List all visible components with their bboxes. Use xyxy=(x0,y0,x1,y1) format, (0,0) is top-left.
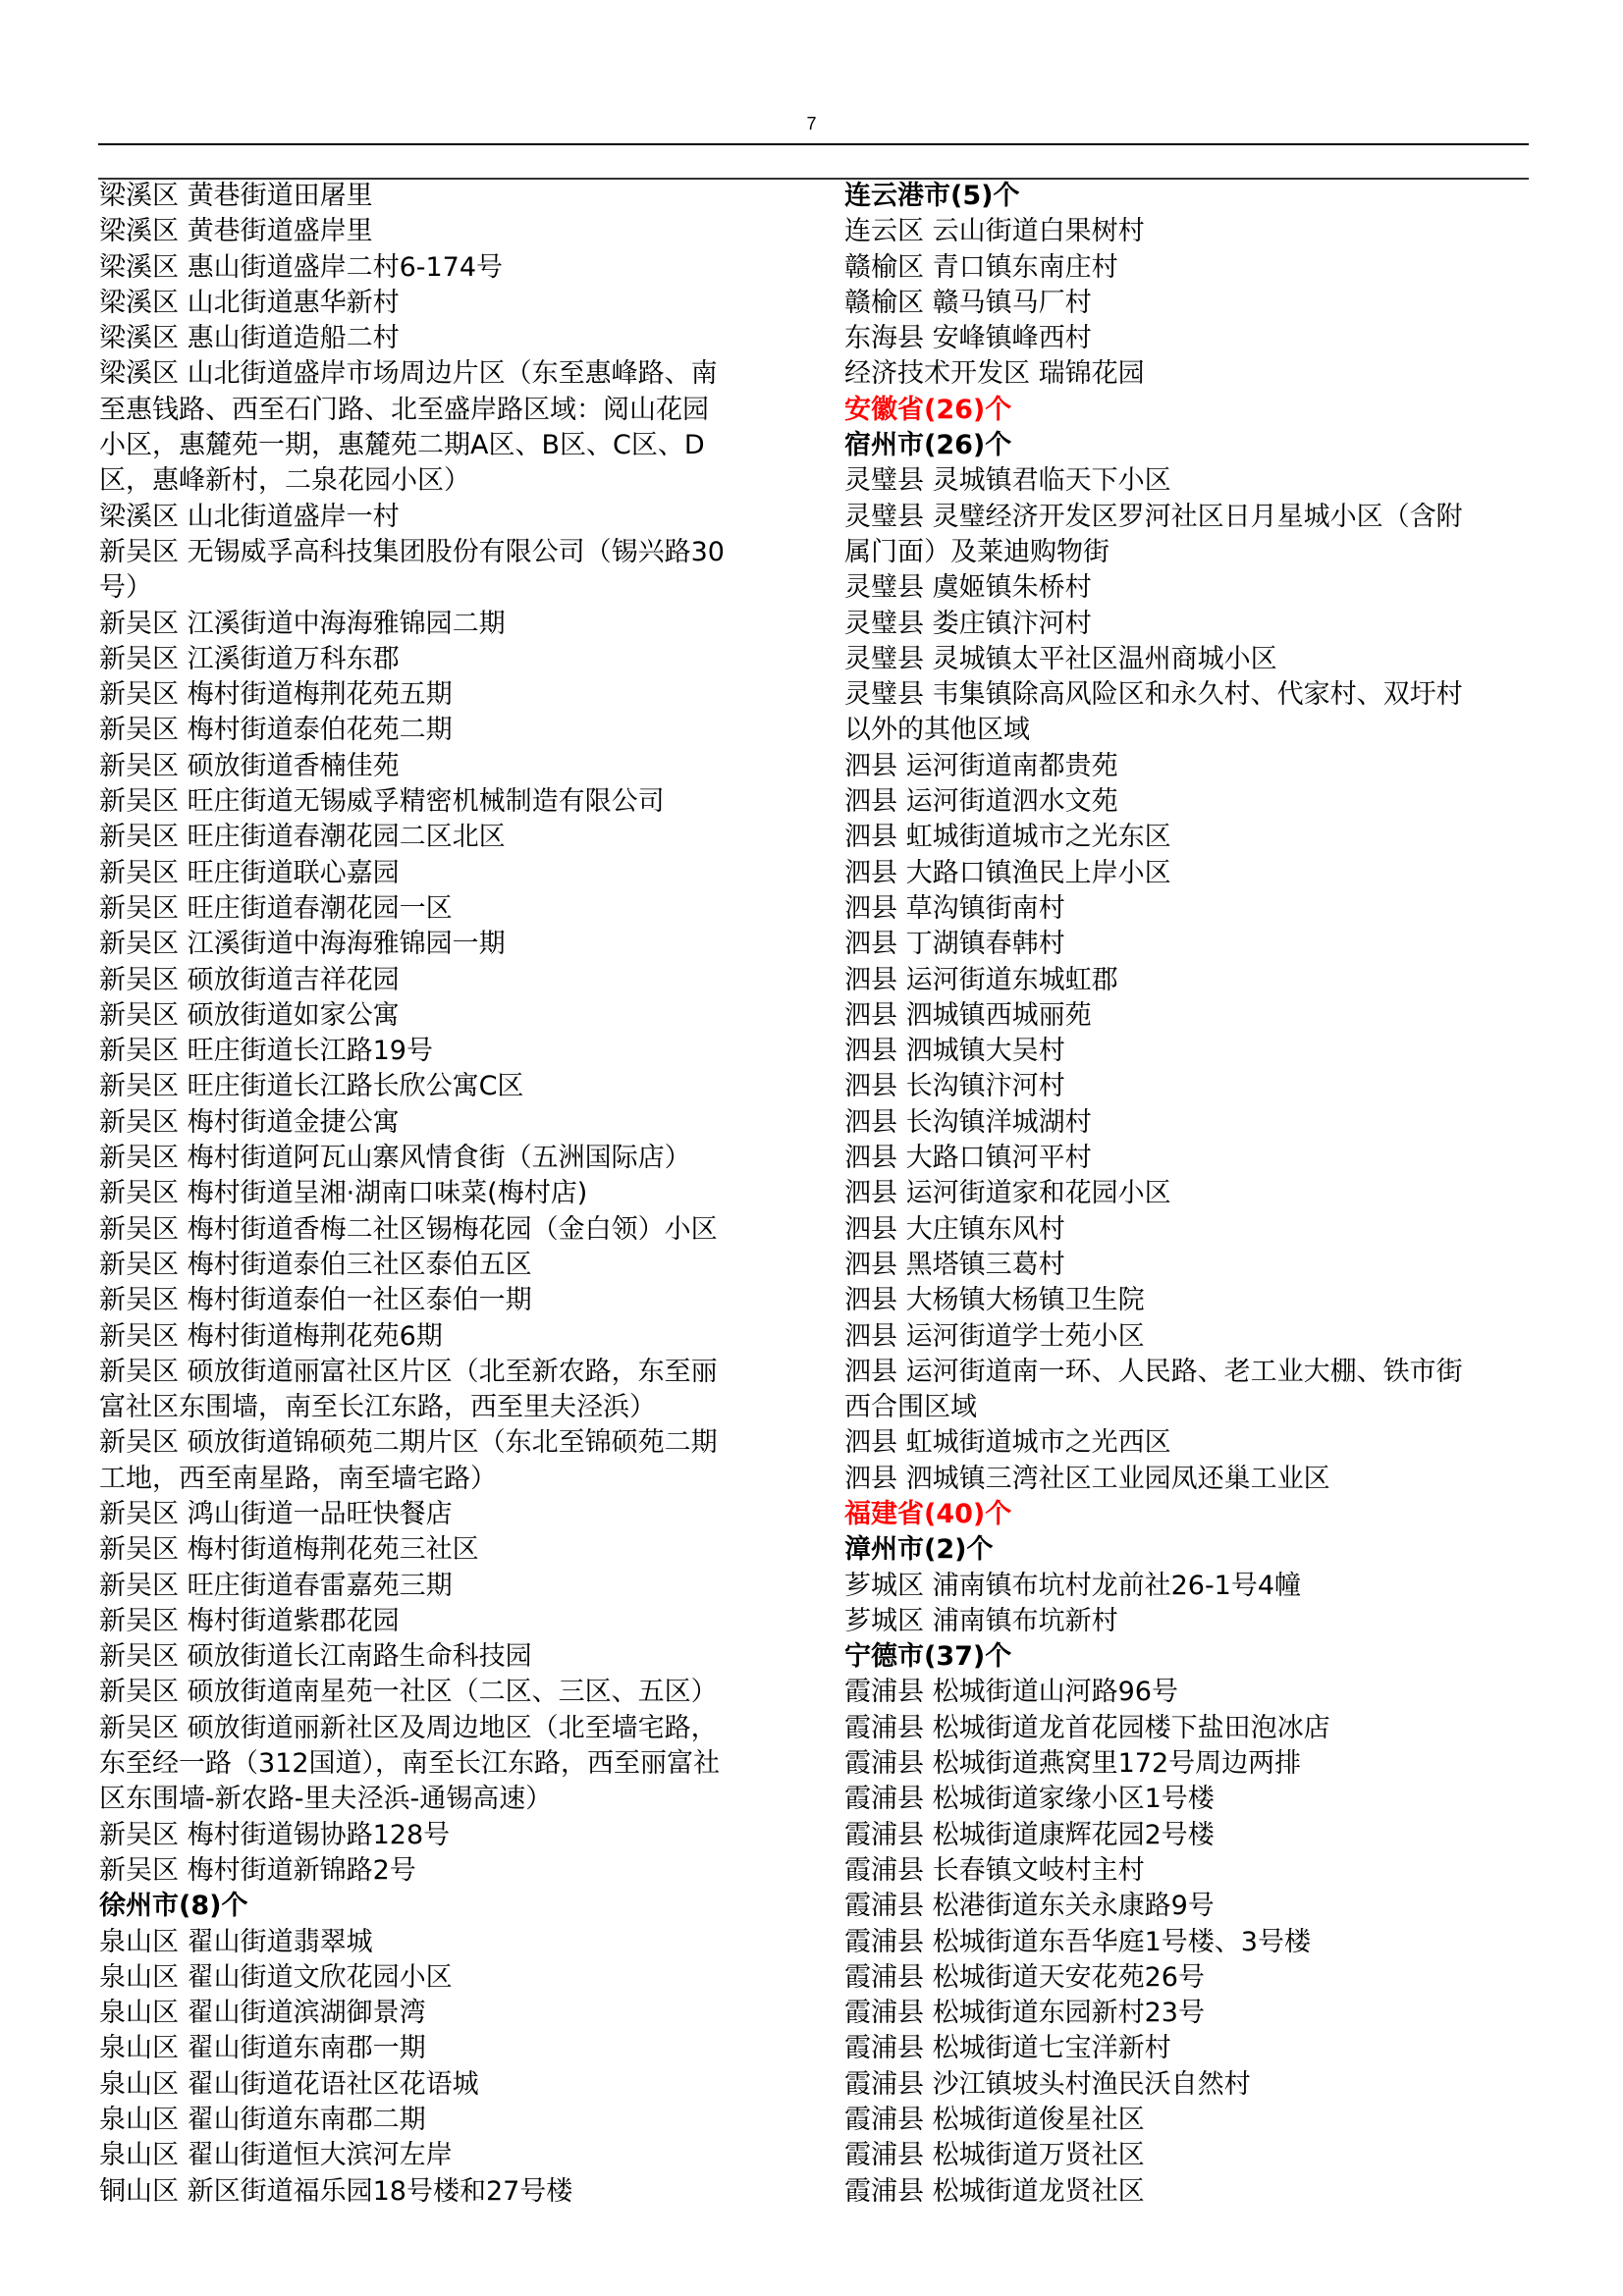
list-item: 工地，西至南星路，南至墙宅路） xyxy=(99,1462,786,1497)
list-item: 芗城区 浦南镇布坑新村 xyxy=(844,1604,1532,1639)
list-item: 泉山区 翟山街道恒大滨河左岸 xyxy=(99,2138,786,2173)
city-heading: 漳州市(2)个 xyxy=(844,1532,1532,1568)
list-item: 号） xyxy=(99,570,786,606)
list-item: 东至经一路（312国道），南至长江东路，西至丽富社 xyxy=(99,1746,786,1782)
list-item: 新吴区 硕放街道吉祥花园 xyxy=(99,963,786,998)
list-item: 霞浦县 松城街道山河路96号 xyxy=(844,1675,1532,1710)
list-item: 泗县 运河街道泗水文苑 xyxy=(844,784,1532,820)
list-item: 新吴区 梅村街道泰伯三社区泰伯五区 xyxy=(99,1248,786,1283)
list-item: 以外的其他区域 xyxy=(844,713,1532,748)
list-item: 霞浦县 松城街道康辉花园2号楼 xyxy=(844,1818,1532,1853)
list-item: 新吴区 旺庄街道春雷嘉苑三期 xyxy=(99,1569,786,1604)
list-item: 新吴区 梅村街道紫郡花园 xyxy=(99,1604,786,1639)
list-item: 霞浦县 长春镇文岐村主村 xyxy=(844,1853,1532,1889)
list-item: 泗县 运河街道学士苑小区 xyxy=(844,1319,1532,1355)
list-item: 泗县 泗城镇西城丽苑 xyxy=(844,998,1532,1034)
list-item: 霞浦县 松城街道天安花苑26号 xyxy=(844,1960,1532,1996)
list-item: 泉山区 翟山街道花语社区花语城 xyxy=(99,2067,786,2103)
list-item: 新吴区 梅村街道金捷公寓 xyxy=(99,1105,786,1141)
list-item: 梁溪区 山北街道盛岸一村 xyxy=(99,500,786,535)
list-item: 霞浦县 松城街道龙贤社区 xyxy=(844,2174,1532,2210)
list-item: 新吴区 梅村街道新锦路2号 xyxy=(99,1853,786,1889)
list-item: 霞浦县 松城街道东园新村23号 xyxy=(844,1996,1532,2031)
list-item: 新吴区 旺庄街道无锡威孚精密机械制造有限公司 xyxy=(99,784,786,820)
list-item: 经济技术开发区 瑞锦花园 xyxy=(844,356,1532,392)
list-item: 新吴区 梅村街道泰伯花苑二期 xyxy=(99,713,786,748)
list-item: 梁溪区 惠山街道盛岸二村6-174号 xyxy=(99,250,786,286)
header-rule-top xyxy=(98,143,1529,145)
list-item: 梁溪区 黄巷街道盛岸里 xyxy=(99,214,786,249)
list-item: 霞浦县 松城街道龙首花园楼下盐田泡冰店 xyxy=(844,1711,1532,1746)
list-item: 新吴区 无锡威孚高科技集团股份有限公司（锡兴路30 xyxy=(99,535,786,570)
list-item: 霞浦县 松城街道东吾华庭1号楼、3号楼 xyxy=(844,1925,1532,1960)
list-item: 赣榆区 青口镇东南庄村 xyxy=(844,250,1532,286)
list-item: 霞浦县 松城街道万贤社区 xyxy=(844,2138,1532,2173)
page-number: 7 xyxy=(0,114,1623,134)
list-item: 新吴区 硕放街道香楠佳苑 xyxy=(99,749,786,784)
list-item: 泗县 丁湖镇春韩村 xyxy=(844,927,1532,962)
list-item: 霞浦县 沙江镇坡头村渔民沃自然村 xyxy=(844,2067,1532,2103)
list-item: 新吴区 鸿山街道一品旺快餐店 xyxy=(99,1497,786,1532)
province-heading: 福建省(40)个 xyxy=(844,1497,1532,1532)
list-item: 泗县 黑塔镇三葛村 xyxy=(844,1248,1532,1283)
list-item: 新吴区 梅村街道泰伯一社区泰伯一期 xyxy=(99,1283,786,1318)
list-item: 泗县 长沟镇汴河村 xyxy=(844,1069,1532,1104)
list-item: 新吴区 梅村街道锡协路128号 xyxy=(99,1818,786,1853)
list-item: 霞浦县 松城街道七宝洋新村 xyxy=(844,2031,1532,2066)
list-item: 泗县 运河街道南都贵苑 xyxy=(844,749,1532,784)
list-item: 梁溪区 黄巷街道田屠里 xyxy=(99,179,786,214)
list-item: 新吴区 梅村街道呈湘·湖南口味菜(梅村店) xyxy=(99,1176,786,1211)
list-item: 泉山区 翟山街道东南郡一期 xyxy=(99,2031,786,2066)
list-item: 新吴区 梅村街道梅荆花苑五期 xyxy=(99,677,786,713)
list-item: 新吴区 硕放街道丽新社区及周边地区（北至墙宅路， xyxy=(99,1711,786,1746)
left-column: 梁溪区 黄巷街道田屠里梁溪区 黄巷街道盛岸里梁溪区 惠山街道盛岸二村6-174号… xyxy=(99,179,786,2210)
list-item: 赣榆区 赣马镇马厂村 xyxy=(844,286,1532,321)
list-item: 霞浦县 松城街道燕窝里172号周边两排 xyxy=(844,1746,1532,1782)
list-item: 铜山区 新区街道福乐园18号楼和27号楼 xyxy=(99,2174,786,2210)
city-heading: 宿州市(26)个 xyxy=(844,428,1532,463)
list-item: 连云区 云山街道白果树村 xyxy=(844,214,1532,249)
list-item: 新吴区 硕放街道锦硕苑二期片区（东北至锦硕苑二期 xyxy=(99,1425,786,1461)
list-item: 灵璧县 灵城镇太平社区温州商城小区 xyxy=(844,642,1532,677)
list-item: 泗县 泗城镇三湾社区工业园凤还巢工业区 xyxy=(844,1462,1532,1497)
province-heading: 安徽省(26)个 xyxy=(844,393,1532,428)
list-item: 新吴区 梅村街道香梅二社区锡梅花园（金白领）小区 xyxy=(99,1212,786,1248)
list-item: 新吴区 江溪街道中海海雅锦园二期 xyxy=(99,607,786,642)
list-item: 小区，惠麓苑一期，惠麓苑二期A区、B区、C区、D xyxy=(99,428,786,463)
list-item: 泗县 运河街道家和花园小区 xyxy=(844,1176,1532,1211)
right-column: 连云港市(5)个连云区 云山街道白果树村赣榆区 青口镇东南庄村赣榆区 赣马镇马厂… xyxy=(844,179,1532,2210)
city-heading: 徐州市(8)个 xyxy=(99,1889,786,1924)
list-item: 新吴区 梅村街道梅荆花苑6期 xyxy=(99,1319,786,1355)
list-item: 霞浦县 松港街道东关永康路9号 xyxy=(844,1889,1532,1924)
list-item: 霞浦县 松城街道俊星社区 xyxy=(844,2103,1532,2138)
list-item: 新吴区 梅村街道梅荆花苑三社区 xyxy=(99,1532,786,1568)
list-item: 泉山区 翟山街道东南郡二期 xyxy=(99,2103,786,2138)
list-item: 新吴区 旺庄街道长江路19号 xyxy=(99,1034,786,1069)
list-item: 泗县 大路口镇河平村 xyxy=(844,1141,1532,1176)
list-item: 灵璧县 灵城镇君临天下小区 xyxy=(844,463,1532,499)
list-item: 泗县 草沟镇街南村 xyxy=(844,891,1532,927)
list-item: 泗县 虹城街道城市之光东区 xyxy=(844,820,1532,855)
list-item: 泉山区 翟山街道翡翠城 xyxy=(99,1925,786,1960)
list-item: 属门面）及莱迪购物街 xyxy=(844,535,1532,570)
list-item: 梁溪区 山北街道盛岸市场周边片区（东至惠峰路、南 xyxy=(99,356,786,392)
city-heading: 连云港市(5)个 xyxy=(844,179,1532,214)
list-item: 泗县 大庄镇东风村 xyxy=(844,1212,1532,1248)
list-item: 至惠钱路、西至石门路、北至盛岸路区域：阅山花园 xyxy=(99,393,786,428)
list-item: 新吴区 旺庄街道长江路长欣公寓C区 xyxy=(99,1069,786,1104)
list-item: 泉山区 翟山街道文欣花园小区 xyxy=(99,1960,786,1996)
list-item: 泗县 虹城街道城市之光西区 xyxy=(844,1425,1532,1461)
list-item: 富社区东围墙，南至长江东路，西至里夫泾浜） xyxy=(99,1390,786,1425)
city-heading: 宁德市(37)个 xyxy=(844,1639,1532,1675)
list-item: 泗县 大路口镇渔民上岸小区 xyxy=(844,856,1532,891)
list-item: 泗县 泗城镇大吴村 xyxy=(844,1034,1532,1069)
list-item: 泉山区 翟山街道滨湖御景湾 xyxy=(99,1996,786,2031)
list-item: 新吴区 硕放街道丽富社区片区（北至新农路，东至丽 xyxy=(99,1355,786,1390)
list-item: 新吴区 旺庄街道春潮花园一区 xyxy=(99,891,786,927)
list-item: 新吴区 江溪街道万科东郡 xyxy=(99,642,786,677)
list-item: 泗县 大杨镇大杨镇卫生院 xyxy=(844,1283,1532,1318)
list-item: 霞浦县 松城街道家缘小区1号楼 xyxy=(844,1782,1532,1817)
list-item: 新吴区 梅村街道阿瓦山寨风情食街（五洲国际店） xyxy=(99,1141,786,1176)
list-item: 灵璧县 灵璧经济开发区罗河社区日月星城小区（含附 xyxy=(844,500,1532,535)
list-item: 新吴区 硕放街道长江南路生命科技园 xyxy=(99,1639,786,1675)
list-item: 灵璧县 韦集镇除高风险区和永久村、代家村、双圩村 xyxy=(844,677,1532,713)
list-item: 灵璧县 娄庄镇汴河村 xyxy=(844,607,1532,642)
list-item: 区东围墙-新农路-里夫泾浜-通锡高速） xyxy=(99,1782,786,1817)
list-item: 新吴区 硕放街道如家公寓 xyxy=(99,998,786,1034)
list-item: 泗县 运河街道南一环、人民路、老工业大棚、铁市街 xyxy=(844,1355,1532,1390)
list-item: 芗城区 浦南镇布坑村龙前社26-1号4幢 xyxy=(844,1569,1532,1604)
list-item: 梁溪区 山北街道惠华新村 xyxy=(99,286,786,321)
list-item: 灵璧县 虞姬镇朱桥村 xyxy=(844,570,1532,606)
list-item: 新吴区 旺庄街道联心嘉园 xyxy=(99,856,786,891)
list-item: 新吴区 旺庄街道春潮花园二区北区 xyxy=(99,820,786,855)
list-item: 泗县 运河街道东城虹郡 xyxy=(844,963,1532,998)
list-item: 西合围区域 xyxy=(844,1390,1532,1425)
list-item: 新吴区 硕放街道南星苑一社区（二区、三区、五区） xyxy=(99,1675,786,1710)
list-item: 新吴区 江溪街道中海海雅锦园一期 xyxy=(99,927,786,962)
list-item: 梁溪区 惠山街道造船二村 xyxy=(99,321,786,356)
list-item: 泗县 长沟镇洋城湖村 xyxy=(844,1105,1532,1141)
list-item: 区，惠峰新村，二泉花园小区） xyxy=(99,463,786,499)
list-item: 东海县 安峰镇峰西村 xyxy=(844,321,1532,356)
